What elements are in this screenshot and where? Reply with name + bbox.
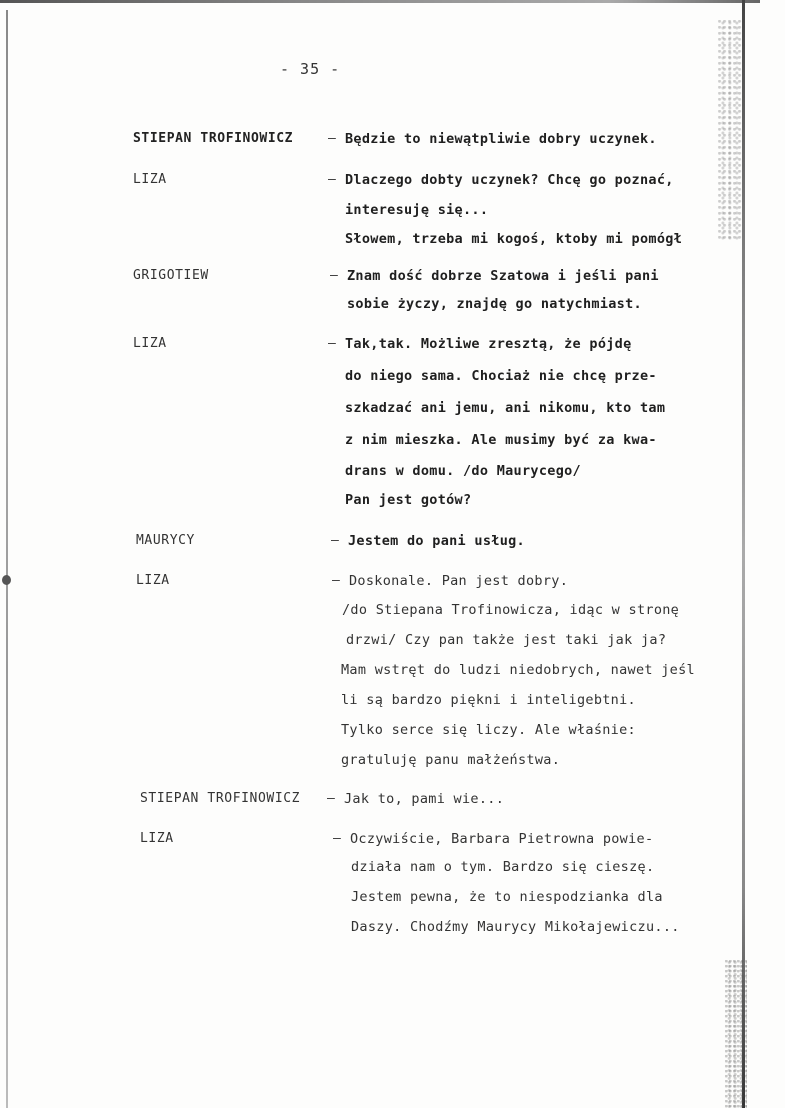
dash: – [332,573,340,588]
page-number: - 35 - [280,60,340,78]
dialogue-line: Tak,tak. Możliwe zresztą, że pójdę [345,336,632,352]
dash: – [333,831,341,846]
document-page: - 35 - STIEPAN TROFINOWICZ – Będzie to n… [0,0,785,1108]
scan-noise-bottom [725,960,747,1108]
dialogue-line: li są bardzo piękni i inteligebtni. [341,692,636,708]
dialogue-line: szkadzać ani jemu, ani nikomu, kto tam [345,400,665,416]
speaker-name: LIZA [133,172,167,187]
speaker-name: MAURYCY [136,533,195,548]
dialogue-line: do niego sama. Chociaż nie chcę prze- [345,368,657,384]
speaker-name: STIEPAN TROFINOWICZ [133,131,293,146]
scan-left-edge [6,10,8,1108]
dialogue-line: Jak to, pami wie... [344,791,504,807]
dialogue-line: sobie życzy, znajdę go natychmiast. [347,296,642,312]
dialogue-line: gratuluję panu małżeństwa. [341,752,560,768]
scan-top-edge [0,0,760,3]
dialogue-line: drans w domu. /do Maurycego/ [345,463,581,479]
scan-right-edge [742,0,745,1108]
dialogue-line: drzwi/ Czy pan także jest taki jak ja? [346,632,666,648]
dialogue-line: Tylko serce się liczy. Ale właśnie: [341,722,636,738]
speaker-name: LIZA [133,336,167,351]
dialogue-line: Jestem do pani usług. [348,533,525,549]
speaker-name: LIZA [136,573,170,588]
dash: – [330,268,338,283]
dialogue-line: Znam dość dobrze Szatowa i jeśli pani [347,268,659,284]
dash: – [331,533,339,548]
dialogue-line: /do Stiepana Trofinowicza, idąc w stronę [342,602,679,618]
dialogue-line: działa nam o tym. Bardzo się cieszę. [351,859,654,875]
dialogue-line: Doskonale. Pan jest dobry. [349,573,568,589]
punch-hole-mark [2,575,11,585]
speaker-name: GRIGOTIEW [133,268,209,283]
dialogue-line: Jestem pewna, że to niespodzianka dla [351,889,663,905]
dash: – [328,172,336,187]
scan-noise-top [718,20,742,240]
dialogue-line: Oczywiście, Barbara Pietrowna powie- [350,831,653,847]
dialogue-line: Pan jest gotów? [345,492,471,508]
dialogue-line: Daszy. Chodźmy Maurycy Mikołajewiczu... [351,919,680,935]
dialogue-line: Będzie to niewątpliwie dobry uczynek. [345,131,657,147]
speaker-name: STIEPAN TROFINOWICZ [140,791,300,806]
dialogue-line: z nim mieszka. Ale musimy być za kwa- [345,432,657,448]
dialogue-line: interesuję się... [345,202,488,218]
speaker-name: LIZA [140,831,174,846]
dialogue-line: Dlaczego dobty uczynek? Chcę go poznać, [345,172,674,188]
dialogue-line: Mam wstręt do ludzi niedobrych, nawet je… [341,662,695,678]
dash: – [327,791,335,806]
dash: – [328,336,336,351]
dash: – [328,131,336,146]
dialogue-line: Słowem, trzeba mi kogoś, ktoby mi pomógł [345,231,682,247]
